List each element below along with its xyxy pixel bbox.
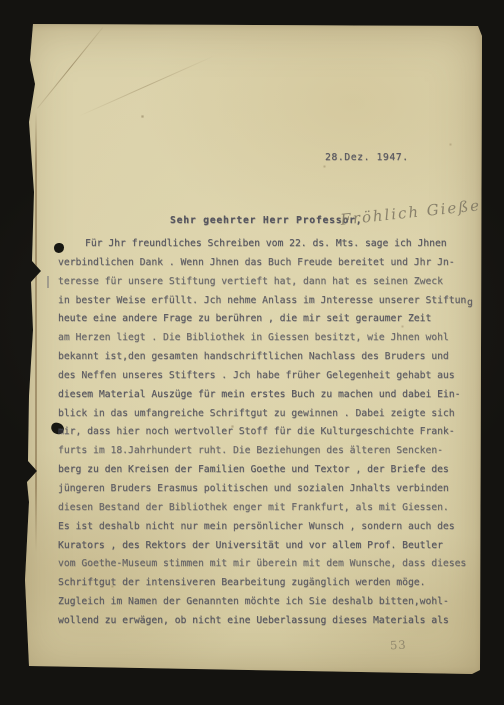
letter-line: heute eine andere Frage zu berühren , di… [58, 310, 478, 329]
letter-line: blick in das umfangreiche Schriftgut zu … [58, 405, 478, 424]
date-line: 28.Dez. 1947. [325, 152, 409, 163]
letter-line: in bester Weise erfüllt. Jch nehme Anlas… [58, 292, 478, 311]
margin-pencil-tick [47, 276, 49, 288]
crease-diagonal-2 [78, 55, 215, 117]
letter-line: bekannt ist,den gesamten handschriftlich… [58, 348, 478, 367]
letter-line: Zugleich im Namen der Genannten möchte i… [58, 593, 478, 612]
letter-line: am Herzen liegt . Die Bibliothek in Gies… [58, 329, 478, 348]
overflow-char: g [467, 297, 473, 308]
letter-line: Für Jhr freundliches Schreiben vom 22. d… [58, 235, 478, 254]
crease-vertical [35, 112, 37, 552]
letter-line: wollend zu erwägen, ob nicht eine Ueberl… [58, 612, 478, 631]
page-number-pencil: 53 [390, 638, 407, 653]
letter-line: furts im 18.Jahrhundert ruht. Die Bezieh… [58, 442, 478, 461]
letter-line: vom Goethe-Museum stimmen mit mir überei… [58, 555, 478, 574]
letter-line: mir, dass hier noch wertvoller Stoff für… [58, 423, 478, 442]
letter-paper: 28.Dez. 1947. Sehr geehrter Herr Profess… [20, 24, 482, 674]
letter-line: berg zu den Kreisen der Familien Goethe … [58, 461, 478, 480]
letter-line: verbindlichen Dank . Wenn Jhnen das Buch… [58, 254, 478, 273]
letter-body: Für Jhr freundliches Schreiben vom 22. d… [58, 235, 478, 631]
crease-diagonal [37, 27, 103, 108]
letter-line: des Neffen unseres Stifters . Jch habe f… [58, 367, 478, 386]
paper-specks [20, 24, 21, 25]
salutation: Sehr geehrter Herr Professor, [170, 215, 362, 226]
letter-line: Es ist deshalb nicht nur mein persönlich… [58, 518, 478, 537]
letter-line: diesem Material Auszüge für mein erstes … [58, 386, 478, 405]
letter-line: teresse für unsere Stiftung vertieft hat… [58, 273, 478, 292]
letter-line: diesen Bestand der Bibliothek enger mit … [58, 499, 478, 518]
photo-background: 28.Dez. 1947. Sehr geehrter Herr Profess… [0, 0, 504, 705]
letter-line: jüngeren Bruders Erasmus politischen und… [58, 480, 478, 499]
letter-line: Schriftgut der intensiveren Bearbeitung … [58, 574, 478, 593]
handwritten-annotation: Fröhlich Gießen [340, 193, 504, 229]
letter-line: Kurators , des Rektors der Universität u… [58, 537, 478, 556]
